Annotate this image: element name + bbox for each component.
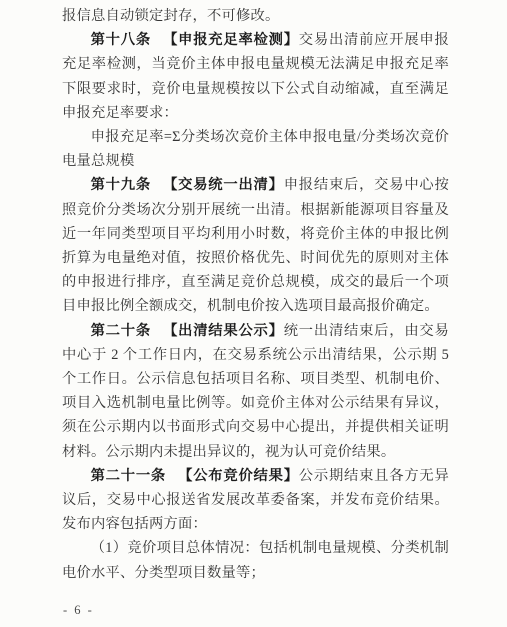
paragraph-continuation: 报信息自动锁定封存，不可修改。 [62, 4, 449, 28]
paragraph-list-item-1: （1）竞价项目总体情况：包括机制电量规模、分类机制电价水平、分类型项目数量等； [62, 536, 449, 584]
paragraph-text: 报信息自动锁定封存，不可修改。 [62, 8, 279, 24]
paragraph-article-18: 第十八条【申报充足率检测】交易出清前应开展申报充足率检测，当竞价主体申报电量规模… [62, 28, 449, 125]
document-body: 报信息自动锁定封存，不可修改。 第十八条【申报充足率检测】交易出清前应开展申报充… [62, 4, 449, 585]
article-number: 第二十条 [91, 323, 151, 339]
article-title: 【申报充足率检测】 [163, 32, 299, 48]
page-footer: - 6 - [63, 603, 94, 618]
article-number: 第十九条 [91, 177, 151, 193]
paragraph-article-20: 第二十条【出清结果公示】统一出清结束后，由交易中心于 2 个工作日内，在交易系统… [62, 319, 449, 464]
paragraph-text: （1）竞价项目总体情况：包括机制电量规模、分类机制电价水平、分类型项目数量等； [62, 540, 449, 580]
paragraph-text: 统一出清结束后，由交易中心于 2 个工作日内，在交易系统公示出清结果，公示期 5… [62, 323, 449, 460]
paragraph-article-19: 第十九条【交易统一出清】申报结束后，交易中心按照竞价分类场次分别开展统一出清。根… [62, 173, 449, 318]
article-number: 第十八条 [91, 32, 151, 48]
article-title: 【交易统一出清】 [163, 177, 284, 193]
document-page: 报信息自动锁定封存，不可修改。 第十八条【申报充足率检测】交易出清前应开展申报充… [0, 0, 507, 627]
paragraph-article-21: 第二十一条【公布竞价结果】公示期结束且各方无异议后，交易中心报送省发展改革委备案… [62, 464, 449, 537]
formula-text: 申报充足率=Σ分类场次竞价主体申报电量/分类场次竞价电量总规模 [62, 129, 449, 169]
article-title: 【公布竞价结果】 [178, 468, 299, 484]
article-title: 【出清结果公示】 [163, 323, 284, 339]
page-number: - 6 - [63, 603, 94, 617]
article-number: 第二十一条 [91, 468, 166, 484]
paragraph-formula: 申报充足率=Σ分类场次竞价主体申报电量/分类场次竞价电量总规模 [62, 125, 449, 173]
paragraph-text: 申报结束后，交易中心按照竞价分类场次分别开展统一出清。根据新能源项目容量及近一年… [62, 177, 449, 314]
